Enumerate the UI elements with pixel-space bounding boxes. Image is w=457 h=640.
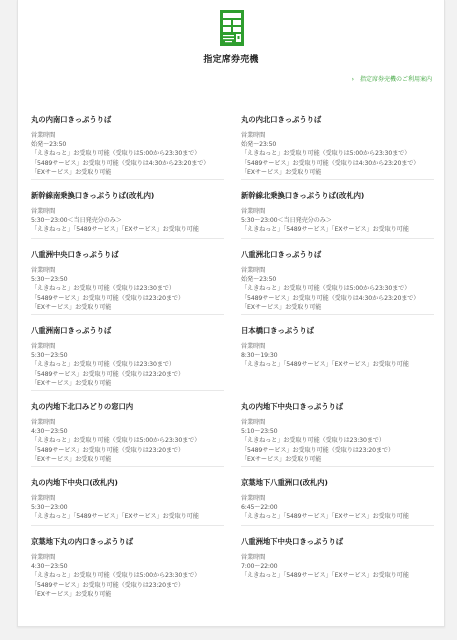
- service-note: 「5489サービス」お受取り可能（受取りは4:30から23:20まで）: [31, 159, 224, 168]
- hours-value: 5:30〜23:50: [31, 275, 224, 284]
- hours-value: 5:30〜23:00＜当日発売分のみ＞: [31, 216, 224, 225]
- hours-label: 営業時間: [31, 418, 224, 427]
- service-note: 「えきねっと」お受取り可能（受取りは5:00から23:30まで）: [241, 284, 434, 293]
- service-note: 「EXサービス」お受取り可能: [31, 455, 224, 464]
- service-note: 「5489サービス」お受取り可能（受取りは23:20まで）: [31, 370, 224, 379]
- hours-label: 営業時間: [241, 131, 434, 140]
- hours-label: 営業時間: [241, 553, 434, 562]
- location-item: 新幹線南乗換口きっぷうりば(改札内) 営業時間 5:30〜23:00＜当日発売分…: [31, 190, 224, 239]
- location-name: 新幹線南乗換口きっぷうりば(改札内): [31, 190, 224, 201]
- location-name: 八重洲南口きっぷうりば: [31, 325, 224, 336]
- service-note: 「えきねっと」お受取り可能（受取りは5:00から23:30まで）: [31, 571, 224, 580]
- hours-label: 営業時間: [241, 266, 434, 275]
- service-note: 「EXサービス」お受取り可能: [31, 303, 224, 312]
- hours-value: 6:45〜22:00: [241, 503, 434, 512]
- hours-label: 営業時間: [241, 494, 434, 503]
- location-name: 丸の内南口きっぷうりば: [31, 114, 224, 125]
- hours-label: 営業時間: [31, 131, 224, 140]
- usage-guide-link[interactable]: ›指定席券売機のご利用案内: [352, 74, 432, 83]
- hours-label: 営業時間: [31, 266, 224, 275]
- service-note: 「えきねっと」お受取り可能（受取りは23:30まで）: [31, 360, 224, 369]
- ticket-machine-panel: 指定席券売機 ›指定席券売機のご利用案内 丸の内南口きっぷうりば 営業時間 始発…: [17, 0, 445, 627]
- location-name: 丸の内北口きっぷうりば: [241, 114, 434, 125]
- service-note: 「EXサービス」お受取り可能: [241, 168, 434, 177]
- location-item: 八重洲地下中央口きっぷうりば 営業時間 7:00〜22:00 「えきねっと」「5…: [241, 536, 434, 602]
- service-note: 「えきねっと」「5489サービス」「EXサービス」お受取り可能: [241, 360, 434, 369]
- location-item: 八重洲中央口きっぷうりば 営業時間 5:30〜23:50 「えきねっと」お受取り…: [31, 249, 224, 315]
- location-name: 京葉地下丸の内口きっぷうりば: [31, 536, 224, 547]
- hours-value: 4:30〜23:50: [31, 427, 224, 436]
- location-name: 日本橋口きっぷうりば: [241, 325, 434, 336]
- location-item: 丸の内地下北口みどりの窓口内 営業時間 4:30〜23:50 「えきねっと」お受…: [31, 401, 224, 467]
- hours-label: 営業時間: [241, 418, 434, 427]
- service-note: 「えきねっと」お受取り可能（受取りは23:30まで）: [241, 436, 434, 445]
- hours-label: 営業時間: [241, 207, 434, 216]
- hours-value: 始発〜23:50: [31, 140, 224, 149]
- hours-value: 5:30〜23:00: [31, 503, 224, 512]
- service-note: 「5489サービス」お受取り可能（受取りは23:20まで）: [31, 581, 224, 590]
- location-item: 京葉地下八重洲口(改札内) 営業時間 6:45〜22:00 「えきねっと」「54…: [241, 477, 434, 526]
- service-note: 「えきねっと」「5489サービス」「EXサービス」お受取り可能: [31, 512, 224, 521]
- hours-label: 営業時間: [31, 342, 224, 351]
- service-note: 「5489サービス」お受取り可能（受取りは23:20まで）: [31, 446, 224, 455]
- hours-value: 4:30〜23:50: [31, 562, 224, 571]
- hours-value: 5:10〜23:50: [241, 427, 434, 436]
- location-name: 丸の内地下中央口きっぷうりば: [241, 401, 434, 412]
- hours-value: 始発〜23:50: [241, 275, 434, 284]
- location-item: 丸の内北口きっぷうりば 営業時間 始発〜23:50 「えきねっと」お受取り可能（…: [241, 114, 434, 180]
- location-name: 丸の内地下中央口(改札内): [31, 477, 224, 488]
- hours-value: 5:30〜23:00＜当日発売分のみ＞: [241, 216, 434, 225]
- location-item: 日本橋口きっぷうりば 営業時間 8:30〜19:30 「えきねっと」「5489サ…: [241, 325, 434, 391]
- hours-label: 営業時間: [31, 207, 224, 216]
- hours-label: 営業時間: [241, 342, 434, 351]
- service-note: 「5489サービス」お受取り可能（受取りは23:20まで）: [31, 294, 224, 303]
- location-item: 八重洲南口きっぷうりば 営業時間 5:30〜23:50 「えきねっと」お受取り可…: [31, 325, 224, 391]
- service-note: 「EXサービス」お受取り可能: [241, 303, 434, 312]
- chevron-right-icon: ›: [352, 76, 354, 83]
- service-note: 「えきねっと」「5489サービス」「EXサービス」お受取り可能: [241, 512, 434, 521]
- location-item: 丸の内地下中央口きっぷうりば 営業時間 5:10〜23:50 「えきねっと」お受…: [241, 401, 434, 467]
- service-note: 「えきねっと」お受取り可能（受取りは5:00から23:30まで）: [31, 436, 224, 445]
- location-list: 丸の内南口きっぷうりば 営業時間 始発〜23:50 「えきねっと」お受取り可能（…: [31, 114, 434, 612]
- location-name: 丸の内地下北口みどりの窓口内: [31, 401, 224, 412]
- service-note: 「EXサービス」お受取り可能: [31, 590, 224, 599]
- hours-value: 5:30〜23:50: [31, 351, 224, 360]
- hours-value: 7:00〜22:00: [241, 562, 434, 571]
- location-name: 京葉地下八重洲口(改札内): [241, 477, 434, 488]
- location-item: 丸の内地下中央口(改札内) 営業時間 5:30〜23:00 「えきねっと」「54…: [31, 477, 224, 526]
- service-note: 「EXサービス」お受取り可能: [31, 379, 224, 388]
- service-note: 「えきねっと」お受取り可能（受取りは5:00から23:30まで）: [31, 149, 224, 158]
- service-note: 「えきねっと」「5489サービス」「EXサービス」お受取り可能: [31, 225, 224, 234]
- usage-guide-label: 指定席券売機のご利用案内: [360, 76, 432, 83]
- service-note: 「えきねっと」お受取り可能（受取りは5:00から23:30まで）: [241, 149, 434, 158]
- location-item: 新幹線北乗換口きっぷうりば(改札内) 営業時間 5:30〜23:00＜当日発売分…: [241, 190, 434, 239]
- location-item: 京葉地下丸の内口きっぷうりば 営業時間 4:30〜23:50 「えきねっと」お受…: [31, 536, 224, 602]
- hours-value: 始発〜23:50: [241, 140, 434, 149]
- location-name: 八重洲中央口きっぷうりば: [31, 249, 224, 260]
- service-note: 「5489サービス」お受取り可能（受取りは23:20まで）: [241, 446, 434, 455]
- hours-value: 8:30〜19:30: [241, 351, 434, 360]
- page-title: 指定席券売機: [18, 52, 444, 65]
- service-note: 「EXサービス」お受取り可能: [31, 168, 224, 177]
- location-name: 新幹線北乗換口きっぷうりば(改札内): [241, 190, 434, 201]
- location-item: 八重洲北口きっぷうりば 営業時間 始発〜23:50 「えきねっと」お受取り可能（…: [241, 249, 434, 315]
- location-name: 八重洲北口きっぷうりば: [241, 249, 434, 260]
- service-note: 「5489サービス」お受取り可能（受取りは4:30から23:20まで）: [241, 294, 434, 303]
- ticket-machine-icon: [219, 10, 245, 46]
- hours-label: 営業時間: [31, 553, 224, 562]
- service-note: 「えきねっと」「5489サービス」「EXサービス」お受取り可能: [241, 571, 434, 580]
- location-item: 丸の内南口きっぷうりば 営業時間 始発〜23:50 「えきねっと」お受取り可能（…: [31, 114, 224, 180]
- service-note: 「えきねっと」「5489サービス」「EXサービス」お受取り可能: [241, 225, 434, 234]
- service-note: 「EXサービス」お受取り可能: [241, 455, 434, 464]
- service-note: 「えきねっと」お受取り可能（受取りは23:30まで）: [31, 284, 224, 293]
- location-name: 八重洲地下中央口きっぷうりば: [241, 536, 434, 547]
- hours-label: 営業時間: [31, 494, 224, 503]
- service-note: 「5489サービス」お受取り可能（受取りは4:30から23:20まで）: [241, 159, 434, 168]
